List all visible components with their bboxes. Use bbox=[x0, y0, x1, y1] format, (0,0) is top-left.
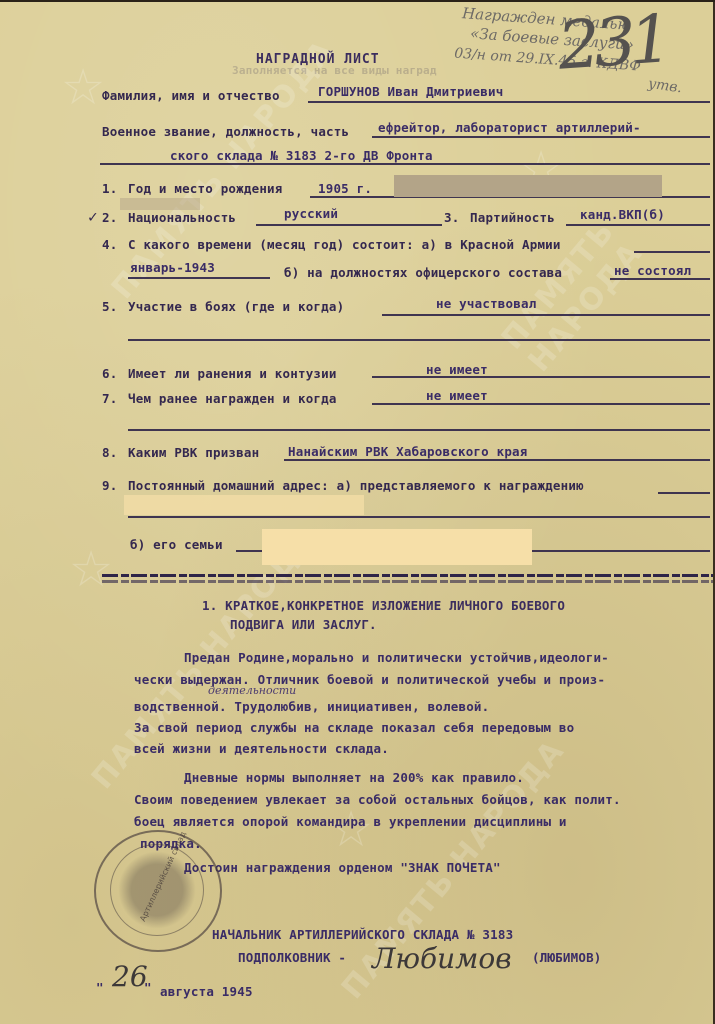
item3-value: канд.ВКП(б) bbox=[580, 207, 665, 222]
handwritten-number: 231 bbox=[555, 2, 668, 85]
body-line-10: Достоин награждения орденом "ЗНАК ПОЧЕТА… bbox=[184, 860, 501, 875]
rank-label: Военное звание, должность, часть bbox=[102, 124, 349, 139]
item5-value: не участвовал bbox=[436, 296, 536, 311]
body-line-3: водственной. Трудолюбив, инициативен, во… bbox=[134, 699, 489, 714]
item9a-underline-2 bbox=[128, 516, 710, 518]
redacted-address bbox=[124, 495, 364, 515]
item3-number: 3. bbox=[444, 210, 459, 225]
rank-underline bbox=[372, 136, 710, 138]
item4b-label: б) на должностях офицерского состава bbox=[284, 265, 562, 280]
item4-label: С какого времени (месяц год) состоит: а)… bbox=[128, 237, 561, 252]
official-seal-stamp: Артиллерийский склад bbox=[94, 830, 222, 952]
section-heading-line1: 1. КРАТКОЕ,КОНКРЕТНОЕ ИЗЛОЖЕНИЕ ЛИЧНОГО … bbox=[202, 598, 565, 613]
item8-label: Каким РВК призван bbox=[128, 445, 259, 460]
rank-value-line1: ефрейтор, лаборатори­ст артиллерий- bbox=[378, 120, 641, 135]
item5-underline bbox=[382, 314, 710, 316]
item1-value: 1905 г. bbox=[318, 181, 372, 196]
section-heading-line2: ПОДВИГА ИЛИ ЗАСЛУГ. bbox=[230, 617, 377, 632]
redacted-family-address bbox=[262, 529, 532, 565]
body-line-1: Предан Родине,морально и политически уст… bbox=[184, 650, 609, 665]
date-day-handwritten: 26 bbox=[112, 960, 148, 993]
item7-label: Чем ранее награжден и когда bbox=[128, 391, 337, 406]
item5-underline-2 bbox=[128, 339, 710, 341]
date-quote-open: " bbox=[96, 980, 104, 995]
item3-label: Партийность bbox=[470, 210, 555, 225]
item8-number: 8. bbox=[102, 445, 117, 460]
item9-label: Постоянный домашний адрес: а) представля… bbox=[128, 478, 584, 493]
item5-label: Участие в боях (где и когда) bbox=[128, 299, 344, 314]
item6-underline bbox=[372, 376, 710, 378]
body-line-5: всей жизни и деятельности склада. bbox=[134, 741, 389, 756]
redacted-birthplace bbox=[394, 175, 662, 197]
item3-underline bbox=[566, 224, 710, 226]
body-line-2: чески выдержан. Отличник боевой и полити… bbox=[134, 672, 605, 687]
item2-value: русский bbox=[284, 206, 338, 221]
item6-value: не имеет bbox=[426, 362, 488, 377]
item4a-underline-end bbox=[634, 251, 710, 253]
body-line-7: Своим поведением увлекает за собой остал… bbox=[134, 792, 621, 807]
signatory-title-line2: ПОДПОЛКОВНИК - bbox=[238, 950, 346, 965]
item4-number: 4. bbox=[102, 237, 117, 252]
watermark-star-icon: ☆ bbox=[62, 40, 104, 122]
redacted-area bbox=[120, 198, 200, 210]
signatory-title-line1: НАЧАЛЬНИК АРТИЛЛЕРИЙСКОГО СКЛАДА № 3183 bbox=[212, 927, 513, 942]
check-mark-icon: ✓ bbox=[88, 207, 98, 226]
handwritten-insert: деятельности bbox=[208, 684, 296, 697]
item7-underline bbox=[372, 403, 710, 405]
item1-number: 1. bbox=[102, 181, 117, 196]
item1-label: Год и место рождения bbox=[128, 181, 283, 196]
item4a-underline bbox=[128, 277, 270, 279]
item8-underline bbox=[284, 459, 710, 461]
item9a-underline-end bbox=[658, 492, 710, 494]
body-line-6: Дневные нормы выполняет на 200% как прав… bbox=[184, 770, 524, 785]
item2-number: 2. bbox=[102, 210, 117, 225]
name-value: ГОРШУНОВ Иван Дмитриевич bbox=[318, 84, 503, 99]
rank-underline-2 bbox=[100, 163, 710, 165]
watermark-star-icon: ☆ bbox=[70, 522, 112, 604]
item9-number: 9. bbox=[102, 478, 117, 493]
date-quote-close: " bbox=[144, 980, 152, 995]
item4b-underline bbox=[610, 278, 710, 280]
item4a-value: январь-1943 bbox=[130, 260, 215, 275]
item7-number: 7. bbox=[102, 391, 117, 406]
item6-number: 6. bbox=[102, 366, 117, 381]
body-line-4: За свой период службы на складе показал … bbox=[134, 720, 574, 735]
item7-underline-2 bbox=[128, 429, 710, 431]
item2-label: Национальность bbox=[128, 210, 236, 225]
item7-value: не имеет bbox=[426, 388, 488, 403]
rank-value-line2: ского склада № 3183 2-го ДВ Фронта bbox=[170, 148, 433, 163]
section-separator-2 bbox=[102, 580, 714, 583]
item5-number: 5. bbox=[102, 299, 117, 314]
item6-label: Имеет ли ранения и контузии bbox=[128, 366, 337, 381]
date-rest: августа 1945 bbox=[160, 984, 253, 999]
page-title: НАГРАДНОЙ ЛИСТ bbox=[256, 52, 380, 67]
item4b-value: не состоял bbox=[614, 263, 691, 278]
award-sheet-page: ☆ ПАМЯТЬ НАРОДА ☆ ПАМЯТЬ НАРОДА ☆ ПАМЯТЬ… bbox=[0, 2, 715, 1024]
item2-underline bbox=[256, 224, 442, 226]
item8-value: Нанайским РВК Хабаровского края bbox=[288, 444, 528, 459]
section-separator bbox=[102, 574, 714, 577]
body-line-8: боец является опорой командира в укрепле… bbox=[134, 814, 567, 829]
item9b-label: б) его семьи bbox=[130, 537, 223, 552]
signatory-name: (ЛЮБИМОВ) bbox=[532, 950, 602, 965]
name-underline bbox=[308, 101, 710, 103]
handwritten-signature: Любимов bbox=[372, 942, 512, 975]
handwritten-note-line4: утв. bbox=[647, 76, 683, 97]
name-label: Фамилия, имя и отчество bbox=[102, 88, 280, 103]
